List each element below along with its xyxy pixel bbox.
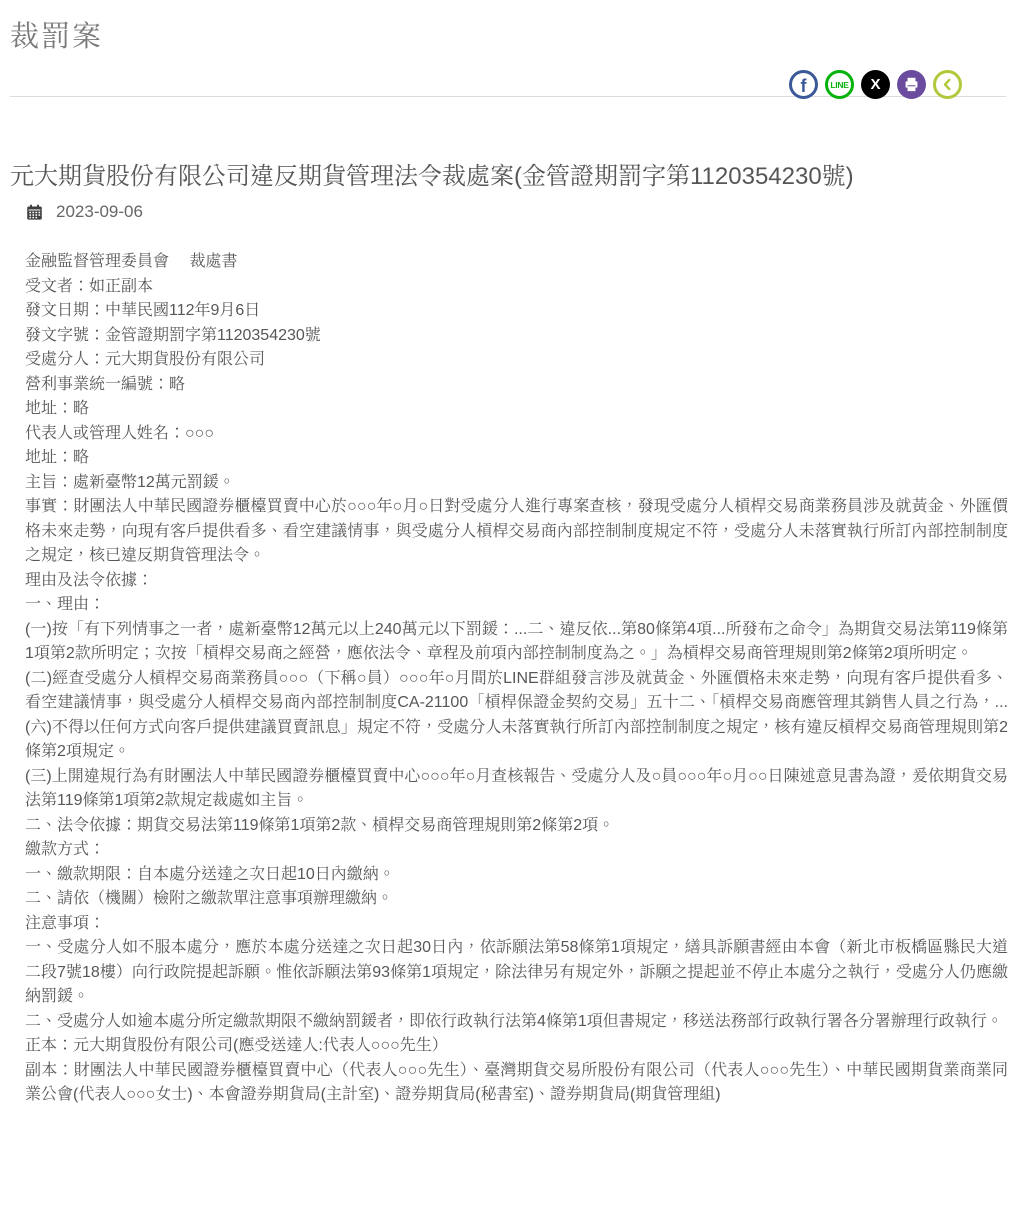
document-line: 發文日期：中華民國112年9月6日: [25, 299, 1008, 324]
document-line: 注意事項：: [25, 912, 1008, 937]
date-row: 2023-09-06: [26, 202, 143, 222]
article-title: 元大期貨股份有限公司違反期貨管理法令裁處案(金管證期罰字第1120354230號…: [10, 156, 854, 191]
page: 裁罰案 f LINE X: [0, 0, 1016, 1224]
document-line: 一、理由：: [25, 593, 1008, 618]
document-line: 一、受處分人如不服本處分，應於本處分送達之次日起30日內，依訴願法第58條第1項…: [25, 936, 1008, 1010]
document-line: 理由及法令依據：: [25, 569, 1008, 594]
print-button[interactable]: [897, 70, 926, 99]
document-line: 營利事業統一編號：略: [25, 373, 1008, 398]
document-line: 地址：略: [25, 446, 1008, 471]
document-line: 二、請依（機關）檢附之繳款單注意事項辦理繳納。: [25, 887, 1008, 912]
publish-date: 2023-09-06: [56, 202, 143, 222]
x-share-button[interactable]: X: [861, 70, 890, 99]
document-line: 發文字號：金管證期罰字第1120354230號: [25, 324, 1008, 349]
document-line: (二)經查受處分人槓桿交易商業務員○○○（下稱○員）○○○年○月間於LINE群組…: [25, 667, 1008, 765]
document-body: 金融監督管理委員會 裁處書 受文者：如正副本 發文日期：中華民國112年9月6日…: [25, 250, 1008, 1108]
document-line: 受處分人：元大期貨股份有限公司: [25, 348, 1008, 373]
page-title: 裁罰案: [10, 14, 103, 55]
facebook-icon: f: [801, 76, 807, 97]
calendar-icon: [26, 204, 43, 221]
document-line: 金融監督管理委員會 裁處書: [25, 250, 1008, 275]
document-line: 事實：財團法人中華民國證券櫃檯買賣中心於○○○年○月○日對受處分人進行專案查核，…: [25, 495, 1008, 569]
document-line: 正本：元大期貨股份有限公司(應受送達人:代表人○○○先生）: [25, 1034, 1008, 1059]
document-line: 地址：略: [25, 397, 1008, 422]
chevron-left-icon: [939, 76, 956, 93]
x-icon: X: [870, 76, 880, 93]
document-line: (一)按「有下列情事之一者，處新臺幣12萬元以上240萬元以下罰鍰：...二、違…: [25, 618, 1008, 667]
back-button[interactable]: [933, 70, 962, 99]
document-line: 代表人或管理人姓名：○○○: [25, 422, 1008, 447]
document-line: (三)上開違規行為有財團法人中華民國證券櫃檯買賣中心○○○年○月查核報告、受處分…: [25, 765, 1008, 814]
printer-icon: [902, 75, 921, 94]
share-bar: f LINE X: [789, 70, 962, 99]
document-line: 二、受處分人如逾本處分所定繳款期限不繳納罰鍰者，即依行政執行法第4條第1項但書規…: [25, 1010, 1008, 1035]
document-line: 主旨：處新臺幣12萬元罰鍰。: [25, 471, 1008, 496]
facebook-share-button[interactable]: f: [789, 70, 818, 99]
line-icon: LINE: [830, 80, 848, 90]
document-line: 二、法令依據：期貨交易法第119條第1項第2款、槓桿交易商管理規則第2條第2項。: [25, 814, 1008, 839]
document-line: 一、繳款期限：自本處分送達之次日起10日內繳納。: [25, 863, 1008, 888]
line-share-button[interactable]: LINE: [825, 70, 854, 99]
document-line: 受文者：如正副本: [25, 275, 1008, 300]
document-line: 繳款方式：: [25, 838, 1008, 863]
document-line: 副本：財團法人中華民國證券櫃檯買賣中心（代表人○○○先生）、臺灣期貨交易所股份有…: [25, 1059, 1008, 1108]
